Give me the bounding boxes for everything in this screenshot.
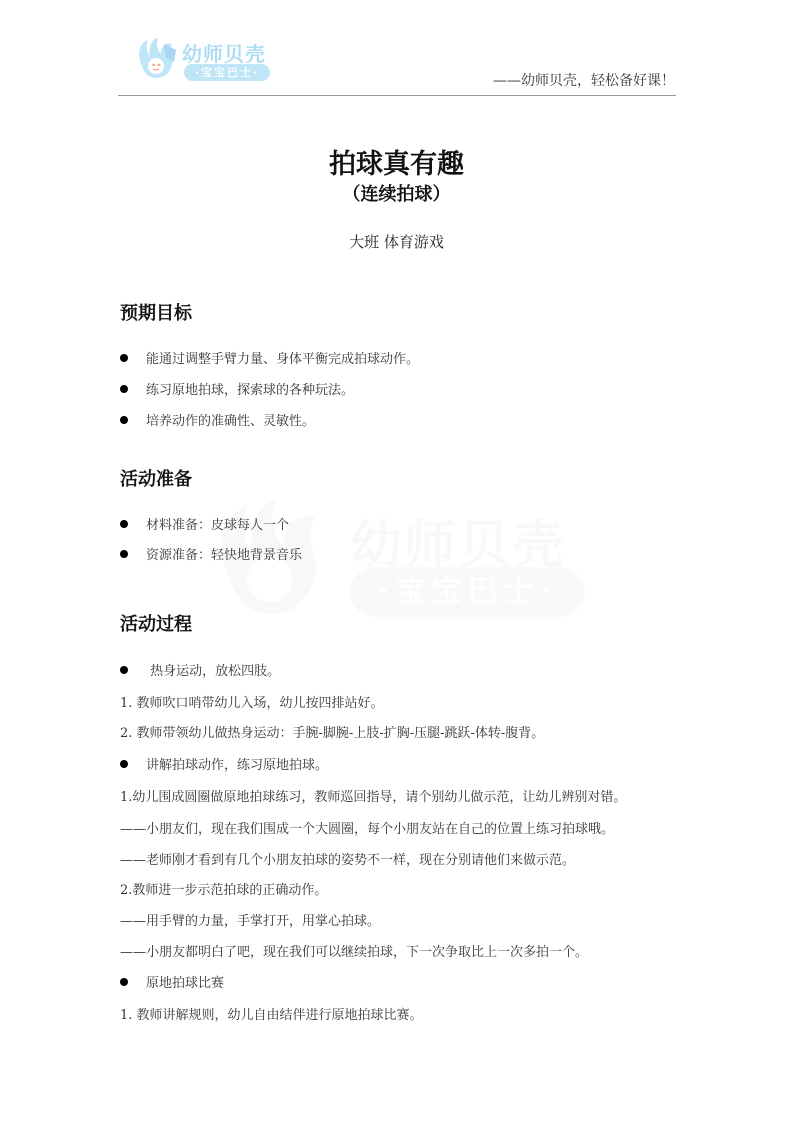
- bullet-icon: [120, 354, 128, 362]
- header-slogan: ——幼师贝壳，轻松备好课！: [493, 70, 675, 90]
- list-item: 2.教师进一步示范拍球的正确动作。: [120, 879, 327, 898]
- list-item: ——老师刚才看到有几个小朋友拍球的姿势不一样，现在分别请他们来做示范。: [120, 849, 575, 868]
- bullet-icon: [120, 978, 128, 986]
- list-item: 培养动作的准确性、灵敏性。: [120, 410, 315, 429]
- list-item: 材料准备：皮球每人一个: [120, 514, 289, 533]
- list-item: 1. 教师吹口哨带幼儿入场，幼儿按四排站好。: [120, 692, 384, 711]
- list-item: ——用手臂的力量，手掌打开，用掌心拍球。: [120, 910, 380, 929]
- header-divider: [118, 95, 676, 96]
- shell-mascot-icon: [134, 36, 180, 82]
- bullet-icon: [120, 520, 128, 528]
- document-subtitle: （连续拍球）: [0, 180, 793, 206]
- logo-title: 幼师贝壳: [182, 38, 266, 67]
- document-page: 幼师贝壳 ·宝宝巴士· ——幼师贝壳，轻松备好课！ 幼师贝壳 ·宝宝巴士· 拍球…: [0, 0, 793, 1122]
- logo-subtitle: ·宝宝巴士·: [184, 64, 270, 81]
- bullet-icon: [120, 385, 128, 393]
- brand-logo: 幼师贝壳 ·宝宝巴士·: [134, 36, 274, 86]
- bullet-icon: [120, 416, 128, 424]
- list-item: 能通过调整手臂力量、身体平衡完成拍球动作。: [120, 348, 419, 367]
- bullet-icon: [120, 666, 128, 674]
- list-item: 资源准备：轻快地背景音乐: [120, 544, 302, 563]
- list-item: 1.幼儿围成圆圈做原地拍球练习，教师巡回指导，请个别幼儿做示范，让幼儿辨别对错。: [120, 786, 626, 805]
- bullet-icon: [120, 760, 128, 768]
- section-heading-goals: 预期目标: [120, 299, 192, 325]
- list-item: ——小朋友都明白了吧，现在我们可以继续拍球，下一次争取比上一次多拍一个。: [120, 941, 588, 960]
- list-item: 讲解拍球动作，练习原地拍球。: [120, 754, 328, 773]
- list-item: 1. 教师讲解规则，幼儿自由结伴进行原地拍球比赛。: [120, 1004, 423, 1023]
- document-title: 拍球真有趣: [0, 142, 793, 181]
- document-meta: 大班 体育游戏: [0, 231, 793, 252]
- bullet-icon: [120, 550, 128, 558]
- list-item: 2. 教师带领幼儿做热身运动：手腕-脚腕-上肢-扩胸-压腿-跳跃-体转-腹背。: [120, 722, 544, 741]
- list-item: 热身运动，放松四肢。: [120, 660, 280, 679]
- watermark-subtitle: ·宝宝巴士·: [350, 567, 585, 617]
- list-item: ——小朋友们，现在我们围成一个大圆圈，每个小朋友站在自己的位置上练习拍球哦。: [120, 818, 614, 837]
- list-item: 练习原地拍球，探索球的各种玩法。: [120, 379, 354, 398]
- section-heading-preparation: 活动准备: [120, 465, 192, 491]
- list-item: 原地拍球比赛: [120, 972, 224, 991]
- section-heading-process: 活动过程: [120, 610, 192, 636]
